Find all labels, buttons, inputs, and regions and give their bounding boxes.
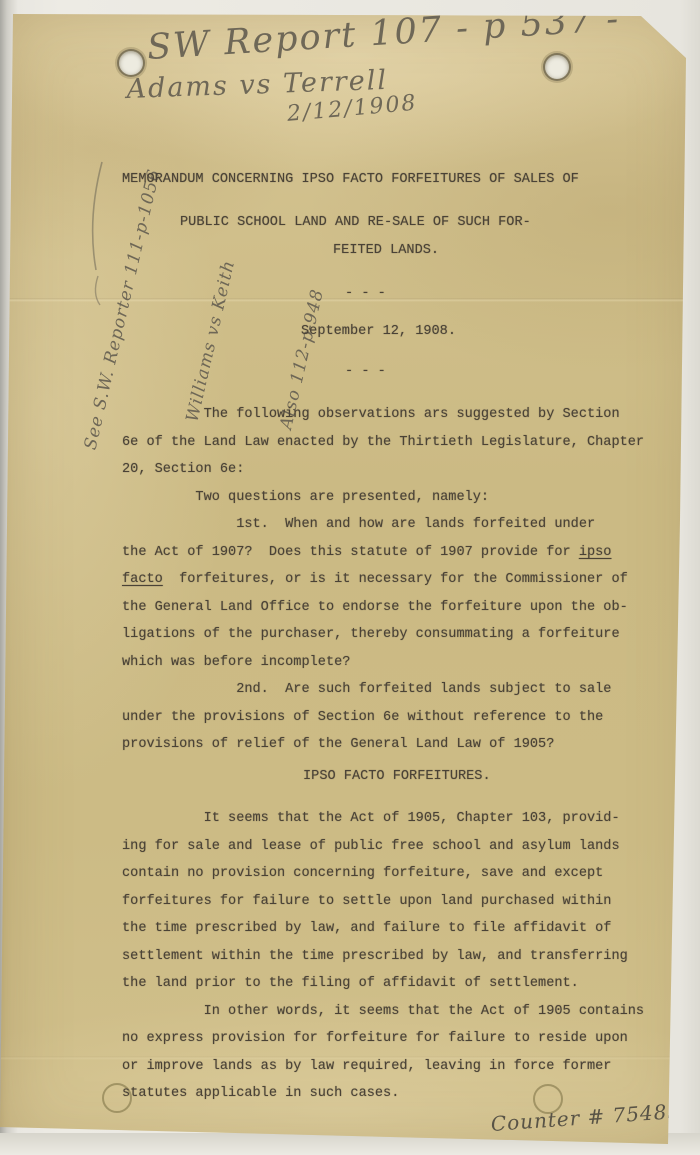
typewritten-line: provisions of relief of the General Land…: [122, 731, 644, 759]
body-paragraphs-questions: The following observations ars suggested…: [122, 401, 644, 759]
typewritten-line: In other words, it seems that the Act of…: [122, 998, 644, 1026]
underlined-phrase: ipso: [579, 545, 612, 560]
typewritten-line: 6e of the Land Law enacted by the Thirti…: [122, 429, 644, 457]
typewritten-line: 2nd. Are such forfeited lands subject to…: [122, 676, 644, 704]
dash-separator: - - -: [345, 364, 386, 379]
memo-date: September 12, 1908.: [301, 324, 456, 339]
typewritten-line: contain no provision concerning forfeitu…: [122, 860, 644, 888]
typewritten-line: the time prescribed by law, and failure …: [122, 915, 644, 943]
punch-hole-top-right: [543, 53, 571, 81]
memo-title-line-3: FEITED LANDS.: [333, 243, 439, 258]
section-heading: IPSO FACTO FORFEITURES.: [303, 769, 491, 784]
typewritten-line: under the provisions of Section 6e witho…: [122, 704, 644, 732]
paper-sheet: SW Report 107 - p 537 - Adams vs Terrell…: [0, 0, 700, 1155]
text-segment: the Act of 1907? Does this statute of 19…: [122, 545, 579, 560]
scanned-document-page: SW Report 107 - p 537 - Adams vs Terrell…: [0, 0, 700, 1155]
typewritten-line: 20, Section 6e:: [122, 456, 644, 484]
typewritten-line: Two questions are presented, namely:: [122, 484, 644, 512]
underlined-phrase: facto: [122, 572, 163, 587]
typewritten-line: or improve lands as by law required, lea…: [122, 1053, 644, 1081]
typewritten-line: statutes applicable in such cases.: [122, 1080, 644, 1108]
memo-title-line-1: MEMORANDUM CONCERNING IPSO FACTO FORFEIT…: [122, 172, 579, 187]
text-segment: forfeitures, or is it necessary for the …: [163, 572, 628, 587]
typewritten-line: ing for sale and lease of public free sc…: [122, 833, 644, 861]
typewritten-line: no express provision for forfeiture for …: [122, 1025, 644, 1053]
typewritten-line: settlement within the time prescribed by…: [122, 943, 644, 971]
memo-title-line-2: PUBLIC SCHOOL LAND AND RE-SALE OF SUCH F…: [180, 215, 531, 230]
typewritten-line: It seems that the Act of 1905, Chapter 1…: [122, 805, 644, 833]
body-paragraphs-analysis: It seems that the Act of 1905, Chapter 1…: [122, 805, 644, 1108]
typewritten-line: 1st. When and how are lands forfeited un…: [122, 511, 644, 539]
typewritten-line: forfeitures for failure to settle upon l…: [122, 888, 644, 916]
typewritten-line: the land prior to the filing of affidavi…: [122, 970, 644, 998]
typewritten-line: which was before incomplete?: [122, 649, 644, 677]
typewritten-line: the Act of 1907? Does this statute of 19…: [122, 539, 644, 567]
typewritten-line: facto forfeitures, or is it necessary fo…: [122, 566, 644, 594]
typewritten-line: the General Land Office to endorse the f…: [122, 594, 644, 622]
typewritten-line: The following observations ars suggested…: [122, 401, 644, 429]
dash-separator: - - -: [345, 286, 386, 301]
typewritten-line: ligations of the purchaser, thereby cons…: [122, 621, 644, 649]
